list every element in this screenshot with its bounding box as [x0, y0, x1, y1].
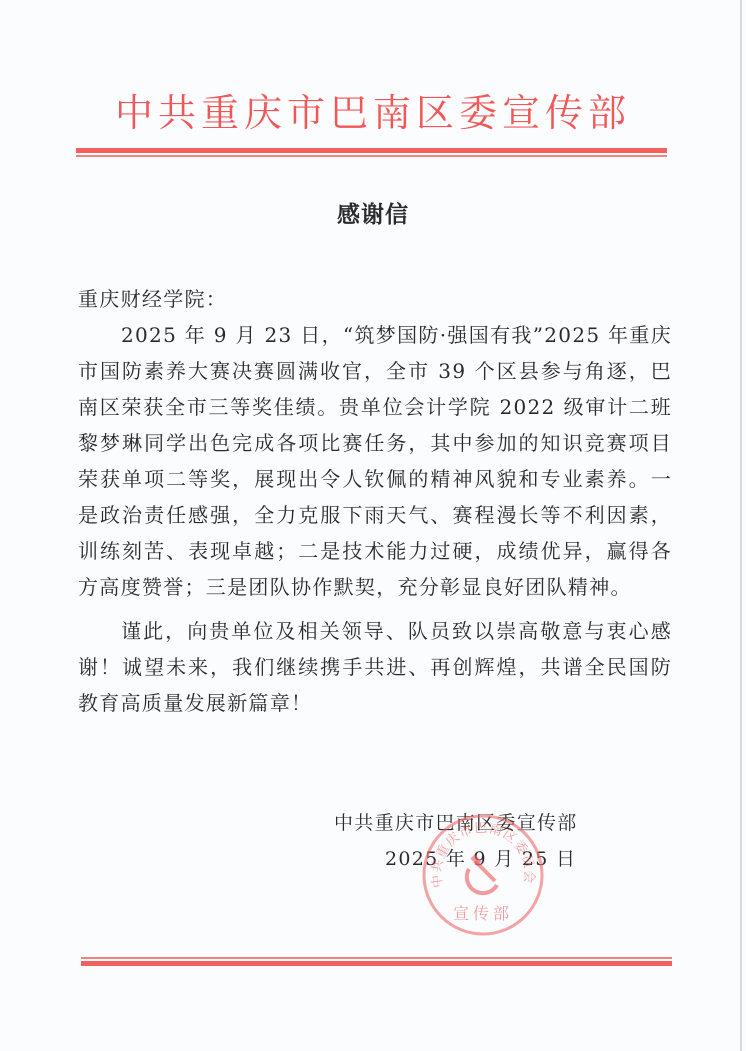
- header-rule-thin: [76, 155, 667, 157]
- salutation: 重庆财经学院：: [78, 281, 672, 317]
- paragraph-1: 2025 年 9 月 23 日，“筑梦国防·强国有我”2025 年重庆市国防素养…: [78, 317, 672, 605]
- letter-body: 重庆财经学院： 2025 年 9 月 23 日，“筑梦国防·强国有我”2025 …: [78, 281, 672, 721]
- header-rule-thick: [76, 148, 667, 153]
- letterhead-title: 中共重庆市巴南区委宣传部: [0, 88, 746, 138]
- svg-text:宣传部: 宣传部: [453, 904, 513, 923]
- page-edge: [740, 0, 742, 1051]
- paragraph-2: 谨此，向贵单位及相关领导、队员致以崇高敬意与衷心感谢！诚望未来，我们继续携手共进…: [78, 613, 672, 721]
- footer-rule-thick: [81, 961, 672, 966]
- footer-rule-thin: [81, 957, 672, 959]
- official-seal-icon: 中共重庆市巴南区委员会 宣传部: [421, 813, 545, 937]
- document-title: 感谢信: [0, 196, 746, 229]
